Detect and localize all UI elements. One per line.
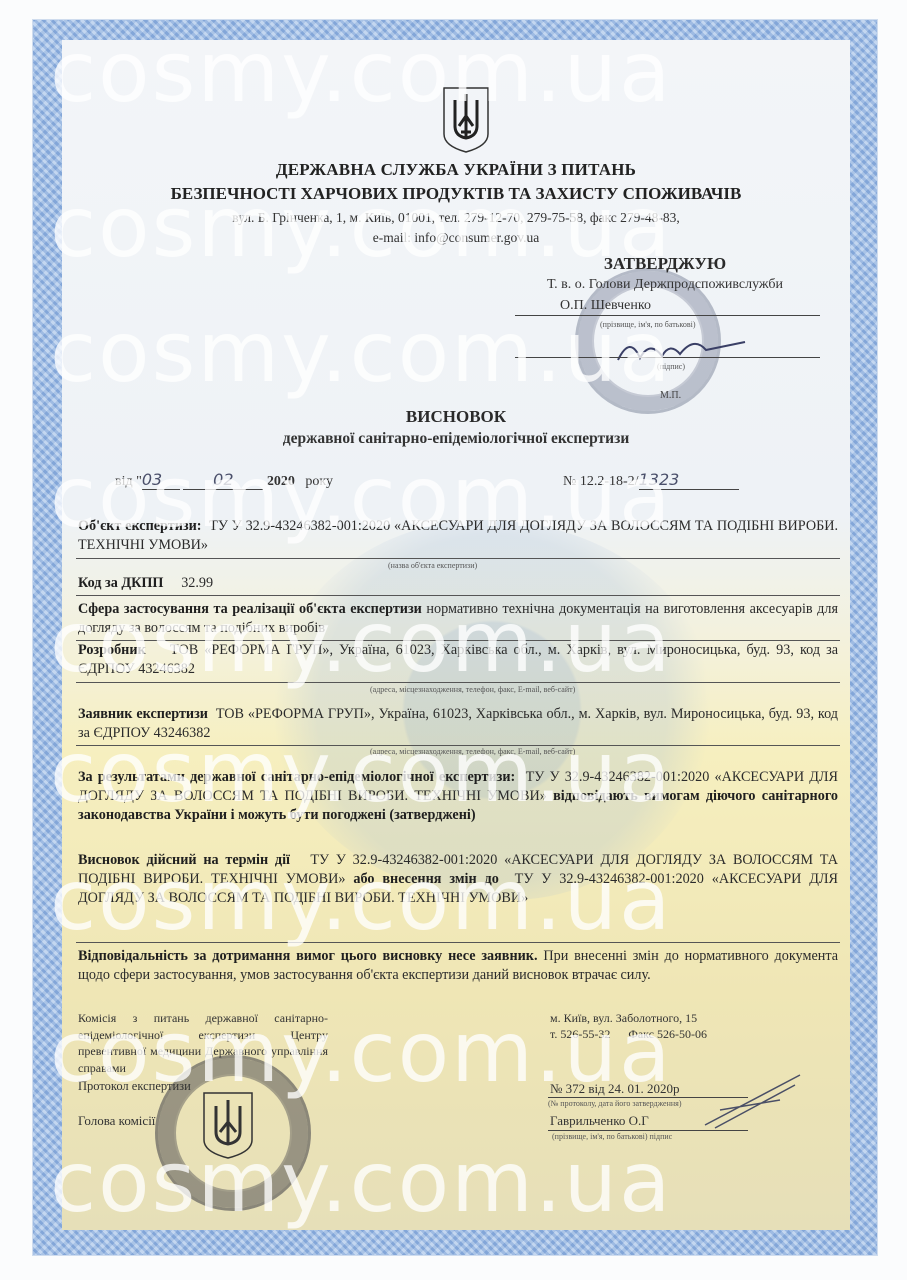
approval-role: Т. в. о. Голови Держпродспоживслужби	[500, 277, 830, 293]
date-year: 2020	[267, 474, 295, 489]
divider	[515, 315, 820, 316]
number-value: 1323	[639, 470, 739, 490]
object-caption: (назва об'єкта експертизи)	[388, 561, 477, 570]
protocol-label: Протокол експертизи	[78, 1078, 328, 1095]
divider	[76, 942, 840, 943]
expertise-result: За результатами державної санітарно-епід…	[78, 768, 838, 825]
approval-signature-caption: (підпис)	[657, 362, 685, 371]
document-date: від "03 02 2020 року	[115, 470, 333, 490]
date-day: 03	[142, 470, 180, 490]
responsibility: Відповідальність за дотримання вимог цьо…	[78, 947, 838, 985]
dkpp-code: Код за ДКПП 32.99	[78, 574, 838, 593]
signature-icon	[700, 1070, 810, 1130]
document-subtitle: державної санітарно-епідеміологічної екс…	[62, 430, 850, 448]
approval-title: ЗАТВЕРДЖУЮ	[500, 254, 830, 274]
developer-caption: (адреса, місцезнаходження, телефон, факс…	[370, 685, 575, 694]
agency-name-line2: БЕЗПЕЧНОСТІ ХАРЧОВИХ ПРОДУКТІВ ТА ЗАХИСТ…	[62, 184, 850, 204]
divider	[76, 745, 840, 746]
agency-email: e-mail: info@consumer.gov.ua	[62, 230, 850, 246]
applicant-caption: (адреса, місцезнаходження, телефон, факс…	[370, 747, 575, 756]
divider	[76, 595, 840, 596]
agency-name-line1: ДЕРЖАВНА СЛУЖБА УКРАЇНИ З ПИТАНЬ	[62, 160, 850, 180]
protocol-caption: (№ протоколу, дата його затвердження)	[548, 1099, 681, 1108]
applicant: Заявник експертизи ТОВ «РЕФОРМА ГРУП», У…	[78, 705, 838, 743]
validity: Висновок дійсний на термін дії ТУ У 32.9…	[78, 851, 838, 908]
document-number: № 12.2-18-2/1323	[563, 470, 739, 490]
commission-info: Комісія з питань державної санітарно-епі…	[78, 1010, 328, 1076]
divider	[515, 357, 820, 358]
divider	[76, 558, 840, 559]
commission-address: м. Київ, вул. Заболотного, 15	[550, 1010, 697, 1027]
agency-address: вул. Б. Грінченка, 1, м. Київ, 01001, те…	[62, 210, 850, 226]
protocol-value: № 372 від 24. 01. 2020р	[550, 1081, 680, 1097]
commission-contacts: т. 526-55-32 Факс 526-50-06	[550, 1026, 707, 1043]
chairman-label: Голова комісії	[78, 1113, 328, 1130]
chairman-caption: (прізвище, ім'я, по батькові) підпис	[552, 1132, 672, 1141]
developer: Розробник ТОВ «РЕФОРМА ГРУП», Україна, 6…	[78, 641, 838, 679]
chairman-name: Гаврильченко О.Г	[550, 1113, 649, 1129]
approval-name-caption: (прізвище, ім'я, по батькові)	[600, 320, 696, 329]
divider	[76, 682, 840, 683]
object-of-expertise: Об'єкт експертизи: ТУ У 32.9-43246382-00…	[78, 517, 838, 555]
approval-name: О.П. Шевченко	[560, 298, 651, 314]
coat-of-arms-icon	[441, 86, 491, 154]
scope-of-application: Сфера застосування та реалізації об'єкта…	[78, 600, 838, 638]
date-month: 02	[183, 470, 263, 490]
document-title: ВИСНОВОК	[62, 407, 850, 427]
date-suffix: року	[305, 474, 333, 489]
seal-label: М.П.	[660, 390, 681, 401]
divider	[548, 1130, 748, 1131]
